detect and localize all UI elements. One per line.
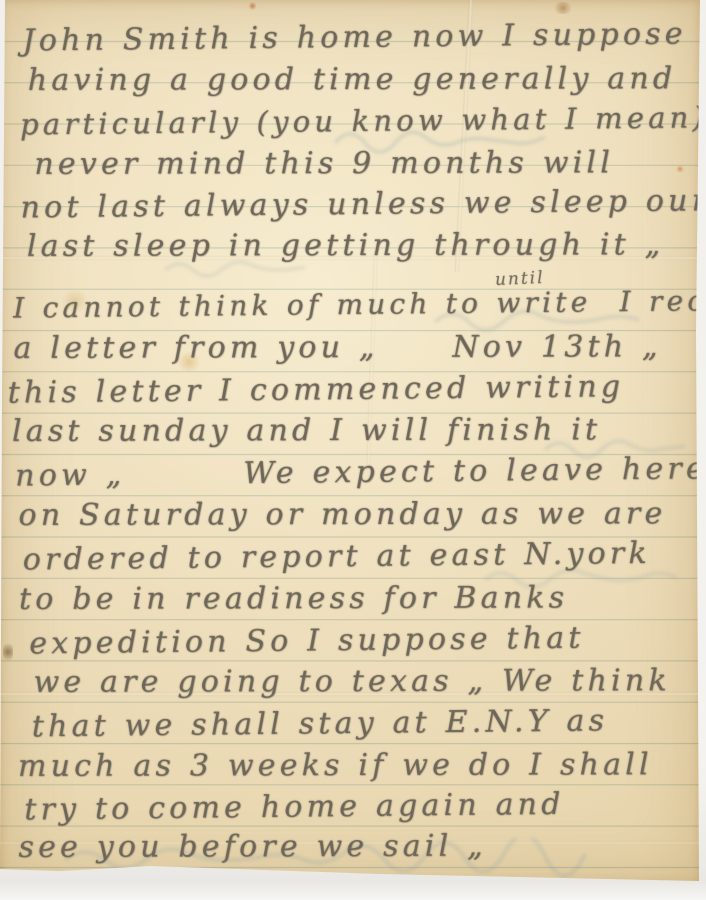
letter-line: on Saturday or monday as we are xyxy=(0,496,696,533)
letter-line: see you before we sail „ xyxy=(2,828,698,865)
letter-line: having a good time generally and xyxy=(0,61,694,98)
letter-body: John Smith is home now I suppose having … xyxy=(0,0,703,886)
letter-line: try to come home again and xyxy=(2,785,698,827)
letter-line: to be in readiness for Banks xyxy=(1,580,697,617)
letter-line: I cannot think of much to write I receiv… xyxy=(0,284,695,324)
letter-page: John Smith is home now I suppose having … xyxy=(0,0,700,884)
inserted-word: until xyxy=(495,268,545,290)
letter-line: this letter I commenced writing xyxy=(0,368,696,410)
letter-line: last sleep in getting through it „ xyxy=(0,227,695,264)
letter-line: much as 3 weeks if we do I shall xyxy=(2,747,698,784)
letter-line: never mind this 9 months will xyxy=(0,145,694,182)
letter-line: that we shall stay at E.N.Y as xyxy=(2,702,698,744)
letter-line: last sunday and I will finish it xyxy=(0,412,696,449)
letter-line: a letter from you „ Nov 13th „ xyxy=(0,329,695,366)
letter-line: John Smith is home now I suppose xyxy=(0,16,694,58)
letter-line: ordered to report at east N.york xyxy=(1,535,697,577)
letter-line: now „ We expect to leave here xyxy=(0,451,696,493)
letter-line: particularly (you know what I mean) xyxy=(0,100,694,141)
letter-line: not last always unless we sleep our xyxy=(0,183,695,225)
letter-line: we are going to texas „ We think xyxy=(1,663,697,700)
letter-line: expedition So I suppose that xyxy=(1,619,697,661)
